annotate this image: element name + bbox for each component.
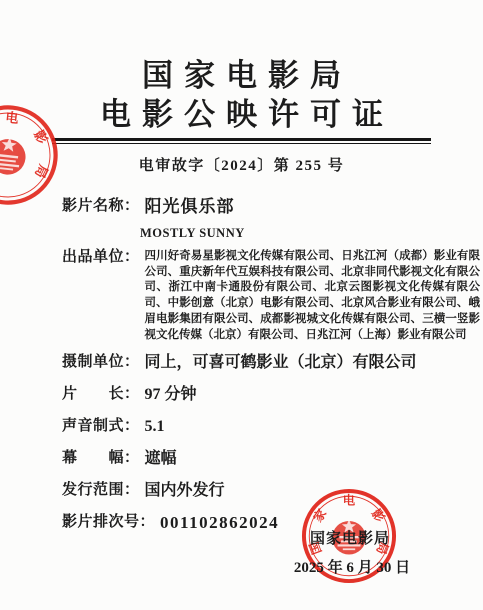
screen-ratio-value: 遮幅 bbox=[145, 448, 177, 469]
film-length-value: 97 分钟 bbox=[145, 384, 197, 405]
sound-format-value: 5.1 bbox=[145, 416, 165, 437]
serial-number-label: 影片排次号： bbox=[62, 512, 155, 533]
distribution-scope-value: 国内外发行 bbox=[145, 480, 225, 501]
issuing-authority: 国家电影局 bbox=[300, 527, 400, 548]
permit-number: 电审故字〔2024〕第 255 号 bbox=[0, 154, 483, 175]
permit-document: 国 家 电 影 局 国家电影局 电影公映许可证 电审故字〔2024〕第 255 … bbox=[0, 0, 483, 610]
film-name-label: 影片名称： bbox=[62, 196, 140, 217]
field-production-unit: 摄制单位： 同上，可喜可鹤影业（北京）有限公司 bbox=[62, 352, 480, 373]
distribution-scope-label: 发行范围： bbox=[62, 480, 140, 501]
divider-thick-line bbox=[52, 138, 431, 141]
film-name-value: 阳光俱乐部 bbox=[145, 196, 235, 217]
production-unit-value: 同上，可喜可鹤影业（北京）有限公司 bbox=[145, 352, 417, 373]
screen-ratio-label: 幕 幅： bbox=[62, 448, 140, 469]
field-distribution-scope: 发行范围： 国内外发行 bbox=[62, 480, 480, 501]
issue-date: 2025 年 6 月 30 日 bbox=[278, 556, 426, 577]
field-sound-format: 声音制式： 5.1 bbox=[62, 416, 480, 437]
field-film-length: 片 长： 97 分钟 bbox=[62, 384, 480, 405]
film-length-label: 片 长： bbox=[62, 384, 140, 405]
producers-value: 四川好奇易星影视文化传媒有限公司、日兆江河（成都）影业有限公司、重庆新年代互娱科… bbox=[145, 249, 480, 343]
title-divider bbox=[52, 138, 431, 144]
sound-format-label: 声音制式： bbox=[62, 416, 140, 437]
permit-fields: 影片名称： 阳光俱乐部 MOSTLY SUNNY 出品单位： 四川好奇易星影视文… bbox=[62, 196, 480, 544]
field-screen-ratio: 幕 幅： 遮幅 bbox=[62, 448, 480, 469]
producers-label: 出品单位： bbox=[62, 247, 140, 268]
production-unit-label: 摄制单位： bbox=[62, 352, 140, 373]
serial-number-value: 001102862024 bbox=[160, 512, 279, 533]
divider-thin-line bbox=[52, 143, 431, 144]
field-film-name: 影片名称： 阳光俱乐部 bbox=[62, 196, 480, 217]
field-serial-number: 影片排次号： 001102862024 bbox=[62, 512, 480, 533]
film-english-title: MOSTLY SUNNY bbox=[140, 226, 480, 241]
document-title-line2: 电影公映许可证 bbox=[0, 96, 483, 133]
document-title-line1: 国家电影局 bbox=[0, 0, 483, 94]
field-producers: 出品单位： 四川好奇易星影视文化传媒有限公司、日兆江河（成都）影业有限公司、重庆… bbox=[62, 247, 480, 343]
